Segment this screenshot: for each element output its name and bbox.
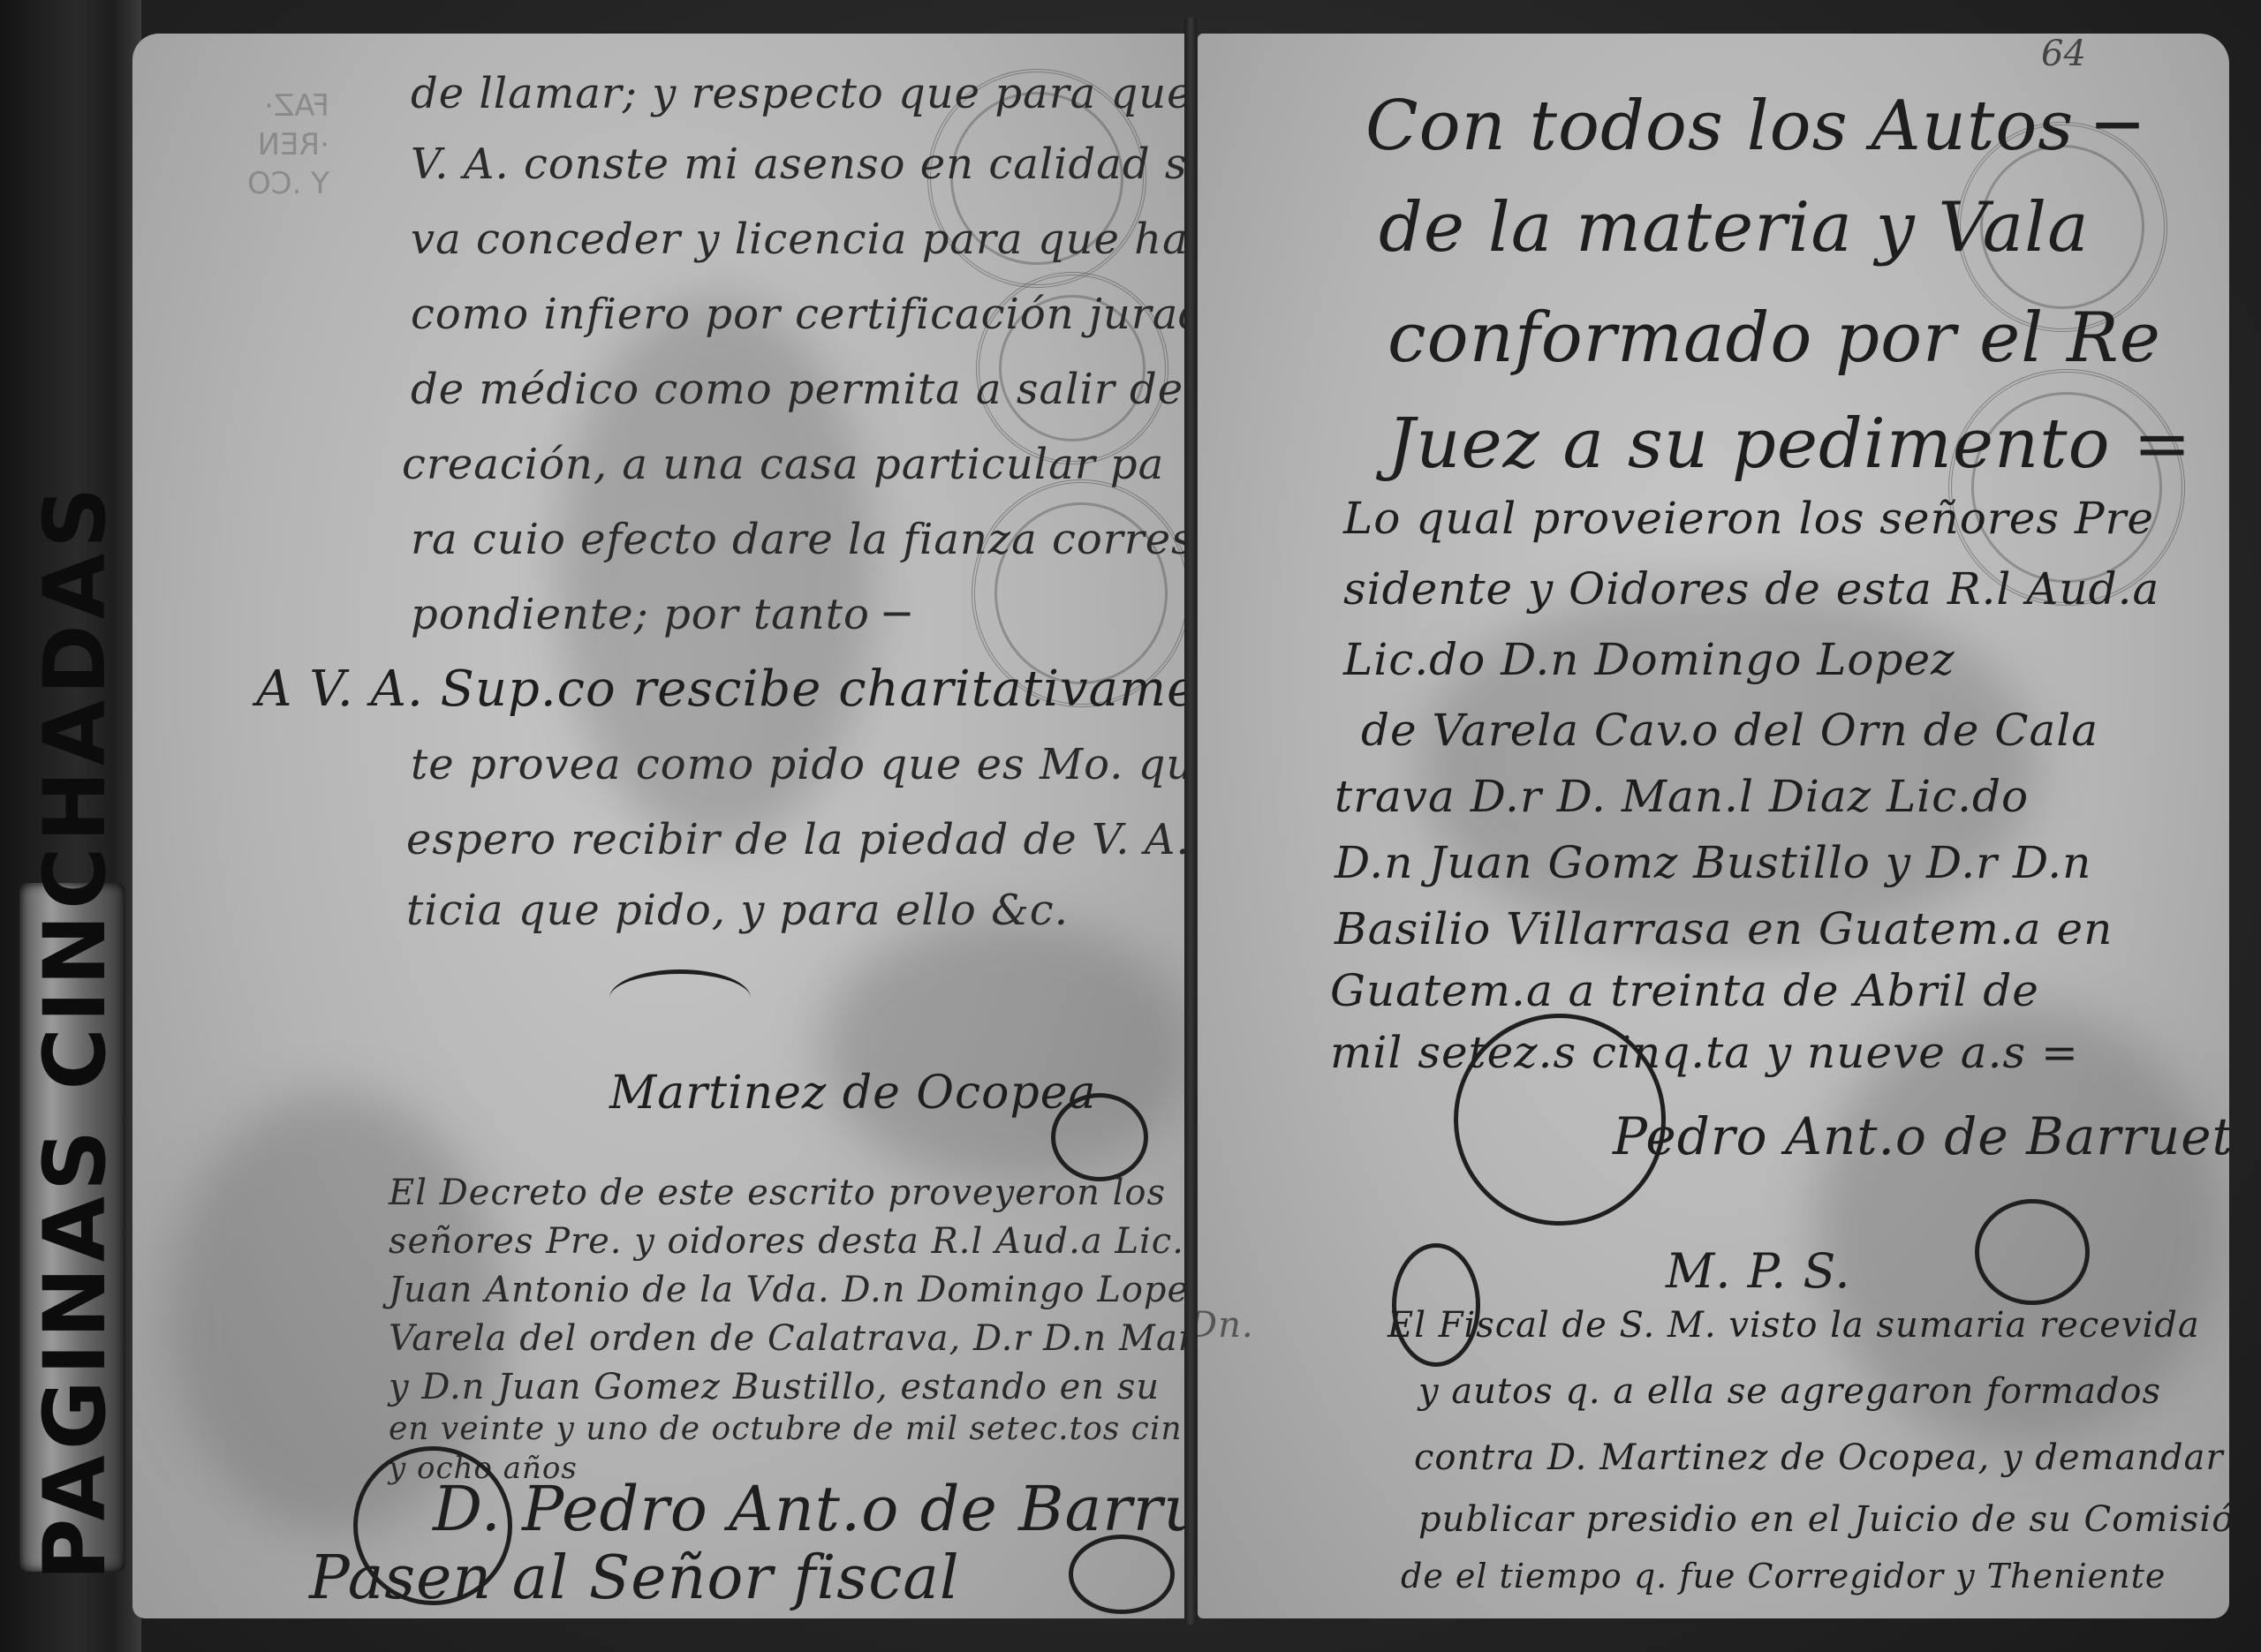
decree-line: Juan Antonio de la Vda. D.n Domingo Lope… <box>389 1270 1191 1310</box>
text-line: de la materia y Vala <box>1379 188 2090 268</box>
text-line: como infiero por certificación jurada <box>411 290 1191 339</box>
text-line: ra cuio efecto dare la fianza corres <box>411 515 1191 564</box>
page-number: 64 <box>2041 34 2086 74</box>
signature: Pedro Ant.o de Barrueta <box>1613 1106 2229 1166</box>
right-page: 64 Con todos los Autos ─ de la materia y… <box>1198 34 2229 1618</box>
page-gutter <box>1184 18 1197 1625</box>
rubric-flourish <box>1069 1535 1175 1614</box>
bleed-line: ·REN <box>258 127 329 162</box>
decree-line: sidente y Oidores de esta R.l Aud.a <box>1343 563 2159 615</box>
section-heading: M. P. S. <box>1666 1243 1851 1299</box>
text-line: de llamar; y respecto que para que a <box>411 69 1191 118</box>
text-line: A V. A. Sup.co rescibe charitativamen <box>256 660 1191 718</box>
decree-line: mil setez.s cinq.ta y nueve a.s = <box>1330 1027 2079 1078</box>
bleed-line: FAZ· <box>264 88 329 124</box>
marginal-note: Dn. <box>1198 1305 1254 1346</box>
closing-line: Pasen al Señor fiscal <box>309 1543 960 1613</box>
body-line: El Fiscal de S. M. visto la sumaria rece… <box>1388 1305 2200 1346</box>
decree-line: señores Pre. y oidores desta R.l Aud.a L… <box>389 1221 1191 1262</box>
rubric-flourish <box>609 969 751 1027</box>
signature: D. Pedro Ant.o de Barrueta <box>433 1473 1191 1545</box>
bleed-through-stamp: FAZ· ·REN Y .CO <box>247 87 329 203</box>
decree-line: Basilio Villarrasa en Guatem.a en <box>1335 903 2113 954</box>
signature: Martinez de Ocopea <box>609 1067 1097 1120</box>
text-line: creación, a una casa particular pa <box>402 440 1164 489</box>
text-line: Juez a su pedimento = <box>1388 404 2192 484</box>
decree-line: de Varela Cav.o del Orn de Cala <box>1361 705 2098 756</box>
decree-line: trava D.r D. Man.l Diaz Lic.do <box>1335 771 2029 822</box>
decree-line: D.n Juan Gomz Bustillo y D.r D.n <box>1335 837 2091 888</box>
decree-line: Varela del orden de Calatrava, D.r D.n M… <box>389 1318 1191 1359</box>
text-line: va conceder y licencia para que haciendo <box>411 215 1191 264</box>
text-line: ticia que pido, y para ello &c. <box>406 886 1069 935</box>
text-line: de médico como permita a salir de con <box>411 365 1191 414</box>
left-page: FAZ· ·REN Y .CO de llamar; y respecto qu… <box>132 34 1191 1618</box>
text-line: te provea como pido que es Mo. que <box>411 740 1191 789</box>
text-line: pondiente; por tanto ─ <box>411 590 911 639</box>
spine-label-text: PAGINAS CINCHADAS <box>26 892 124 1580</box>
bleed-line: Y .CO <box>247 166 329 201</box>
signature-flourish <box>1051 1093 1148 1181</box>
body-line: de el tiempo q. fue Corregidor y Thenien… <box>1401 1557 2166 1595</box>
decree-line: Guatem.a a treinta de Abril de <box>1330 965 2039 1016</box>
body-line: publicar presidio en el Juicio de su Com… <box>1418 1499 2229 1540</box>
decree-line: en veinte y uno de octubre de mil setec.… <box>389 1411 1191 1447</box>
decree-line: El Decreto de este escrito proveyeron lo… <box>389 1173 1166 1213</box>
decree-line: Lic.do D.n Domingo Lopez <box>1343 634 1955 685</box>
text-line: V. A. conste mi asenso en calidad se si <box>411 140 1191 189</box>
text-line: conformado por el Re <box>1388 298 2161 378</box>
decree-line: y D.n Juan Gomez Bustillo, estando en su <box>389 1367 1160 1407</box>
body-line: contra D. Martinez de Ocopea, y demandar <box>1414 1437 2224 1478</box>
body-line: y autos q. a ella se agregaron formados <box>1418 1371 2161 1412</box>
text-line: espero recibir de la piedad de V. A. y j… <box>406 815 1191 864</box>
decree-line: Lo qual proveieron los señores Pre <box>1343 493 2154 544</box>
rubric-flourish <box>1975 1199 2090 1305</box>
text-line: Con todos los Autos ─ <box>1365 87 2139 166</box>
